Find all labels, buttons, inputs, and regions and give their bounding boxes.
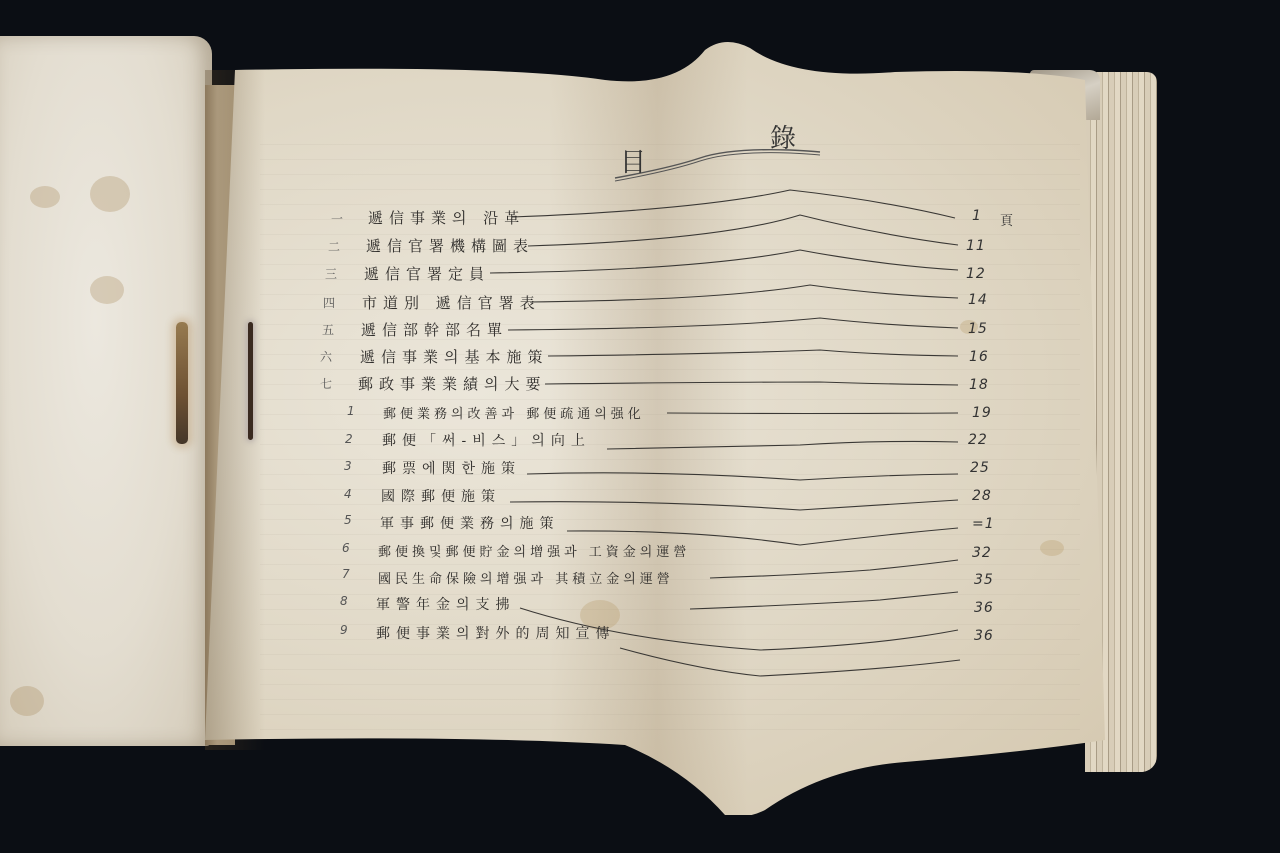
toc-entry-title: 國民生命保險의增强과 其積立金의運營	[378, 568, 674, 587]
toc-entry: 軍警年金의支拂	[376, 593, 516, 615]
photo-scene: 目 錄 一 遞信事業의 沿革 1 頁 二 遞信官署機構圖表	[0, 0, 1280, 853]
toc-page-number: 16	[969, 349, 989, 365]
toc-page-number: 11	[966, 238, 986, 254]
toc-entry-title: 市道別 遞信官署表	[362, 292, 541, 313]
page-suffix: 頁	[1000, 210, 1013, 229]
section-number: 四	[323, 294, 335, 311]
stain	[10, 686, 44, 716]
toc-entry: 郵政事業業績의大要	[358, 372, 547, 394]
toc-page-number: 22	[968, 432, 988, 448]
toc-entry: 遞信部幹部名單	[361, 318, 508, 340]
toc-page-number: 25	[970, 460, 990, 476]
subsection-number: 2	[345, 432, 353, 446]
section-number: 五	[322, 321, 334, 338]
toc-entry-title: 軍事郵便業務의施策	[380, 513, 560, 533]
stain	[90, 276, 124, 304]
toc-page-number: 14	[968, 292, 988, 308]
stain	[1040, 540, 1064, 556]
toc-entry-title: 郵票에関한施策	[382, 458, 521, 478]
toc-entry: 軍事郵便業務의施策	[380, 512, 560, 534]
toc-entry: 郵便「써-비스」의向上	[382, 429, 591, 451]
gutter-shadow	[205, 70, 265, 750]
toc-page-number: =1	[972, 516, 995, 532]
toc-title: 目 錄	[610, 118, 830, 188]
toc-entry-title: 遞信部幹部名單	[361, 319, 508, 340]
subsection-number: 8	[340, 594, 348, 608]
subsection-number: 1	[347, 404, 355, 418]
toc-entry-title: 郵便換및郵便貯金의增强과 工資金의運營	[378, 541, 690, 560]
toc-page-number: 32	[972, 545, 992, 561]
toc-entry-title: 軍警年金의支拂	[376, 594, 516, 614]
toc-entry: 國民生命保險의增强과 其積立金의運營	[378, 566, 674, 588]
subsection-number: 6	[342, 541, 350, 555]
toc-entry-title: 國際郵便施策	[381, 486, 501, 506]
toc-page-number: 19	[972, 405, 992, 421]
binding-stitch	[248, 322, 253, 440]
toc-entry: 郵便換및郵便貯金의增强과 工資金의運營	[378, 539, 690, 561]
toc-page-number: 36	[974, 628, 994, 644]
toc-entry: 郵便業務의改善과 郵便疏通의强化	[383, 401, 645, 423]
toc-entry: 國際郵便施策	[381, 485, 501, 507]
toc-page-number: 12	[966, 266, 986, 282]
subsection-number: 4	[344, 487, 352, 501]
toc-entry-title: 遞信官署機構圖表	[366, 235, 534, 256]
subsection-number: 7	[342, 567, 350, 581]
stain	[90, 176, 130, 212]
toc-page-number: 35	[974, 572, 994, 588]
toc-entry-title: 遞信事業의 沿革	[368, 207, 525, 228]
section-number: 二	[328, 238, 340, 255]
toc-entry-title: 郵政事業業績의大要	[358, 373, 547, 394]
toc-page-number: 1	[972, 208, 982, 224]
toc-entry: 郵便事業의對外的周知宣傳	[376, 622, 616, 644]
section-number: 七	[320, 375, 332, 392]
section-number: 六	[320, 348, 332, 365]
toc-page-number: 36	[974, 600, 994, 616]
toc-entry-title: 郵便業務의改善과 郵便疏通의强化	[383, 403, 645, 422]
section-number: 三	[325, 265, 337, 282]
section-number: 一	[331, 210, 343, 227]
toc-entry: 遞信事業의 沿革	[368, 206, 525, 228]
toc-page-number: 28	[972, 488, 992, 504]
toc-entry: 市道別 遞信官署表	[362, 291, 541, 313]
toc-entry: 遞信事業의基本施策	[360, 345, 549, 367]
title-char-mok: 目	[620, 142, 646, 179]
subsection-number: 9	[340, 623, 348, 637]
binding-stitch	[176, 322, 188, 444]
toc-entry: 遞信官署定員	[364, 262, 490, 284]
toc-page-number: 18	[969, 377, 989, 393]
toc-entry-title: 遞信事業의基本施策	[360, 346, 549, 367]
subsection-number: 3	[344, 459, 352, 473]
title-char-rok: 錄	[770, 118, 796, 155]
stain	[30, 186, 60, 208]
toc-entry: 郵票에関한施策	[382, 457, 521, 479]
toc-entry-title: 遞信官署定員	[364, 263, 490, 284]
toc-page-number: 15	[968, 321, 988, 337]
toc-entry: 遞信官署機構圖表	[366, 234, 534, 256]
subsection-number: 5	[344, 513, 352, 527]
toc-entry-title: 郵便事業의對外的周知宣傳	[376, 623, 616, 643]
toc-entry-title: 郵便「써-비스」의向上	[382, 430, 591, 450]
